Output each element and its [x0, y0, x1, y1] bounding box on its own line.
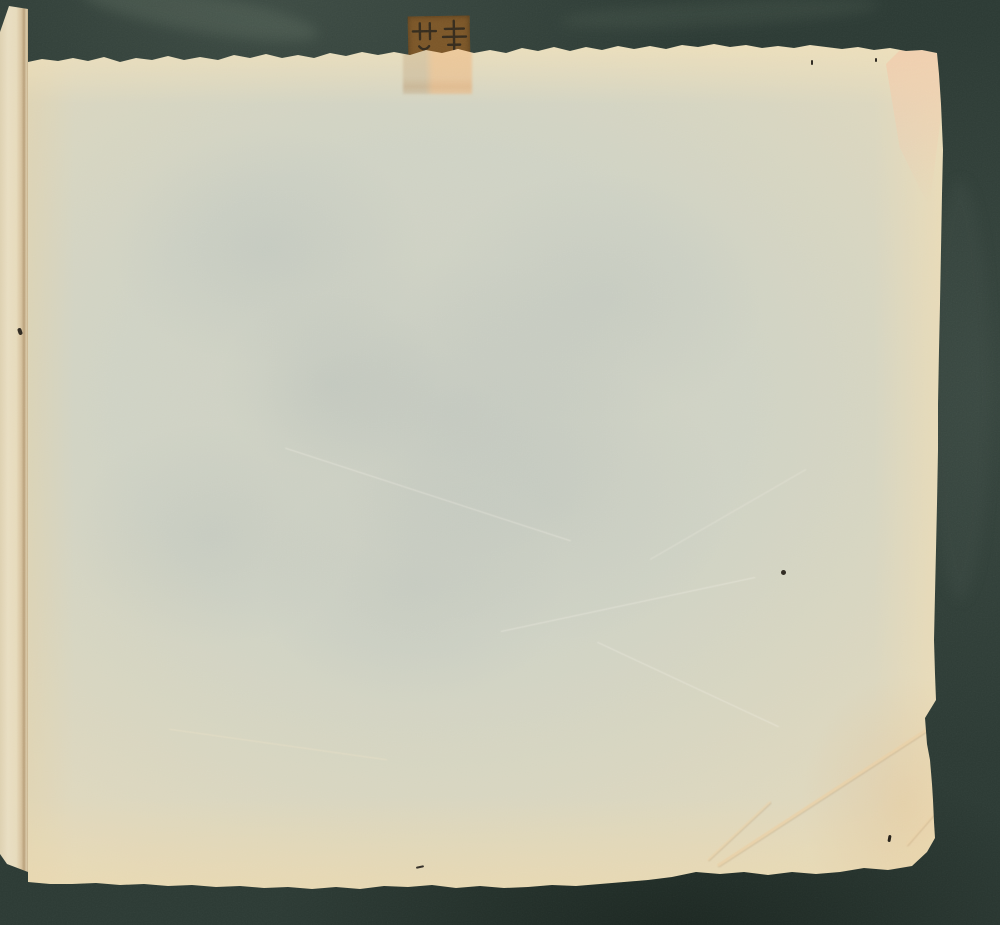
stamp-showthrough [403, 48, 472, 94]
bottom-right-corner-stain [768, 654, 948, 884]
ink-speck [781, 570, 786, 575]
scan-canvas [0, 0, 1000, 925]
ink-speck [811, 60, 813, 65]
background-cloth-crease [79, 0, 322, 53]
album-page [28, 44, 944, 892]
spine-strip [0, 6, 28, 872]
ink-speck [875, 58, 877, 62]
background-cloth-crease [560, 0, 881, 34]
stitch-speck [17, 328, 23, 336]
